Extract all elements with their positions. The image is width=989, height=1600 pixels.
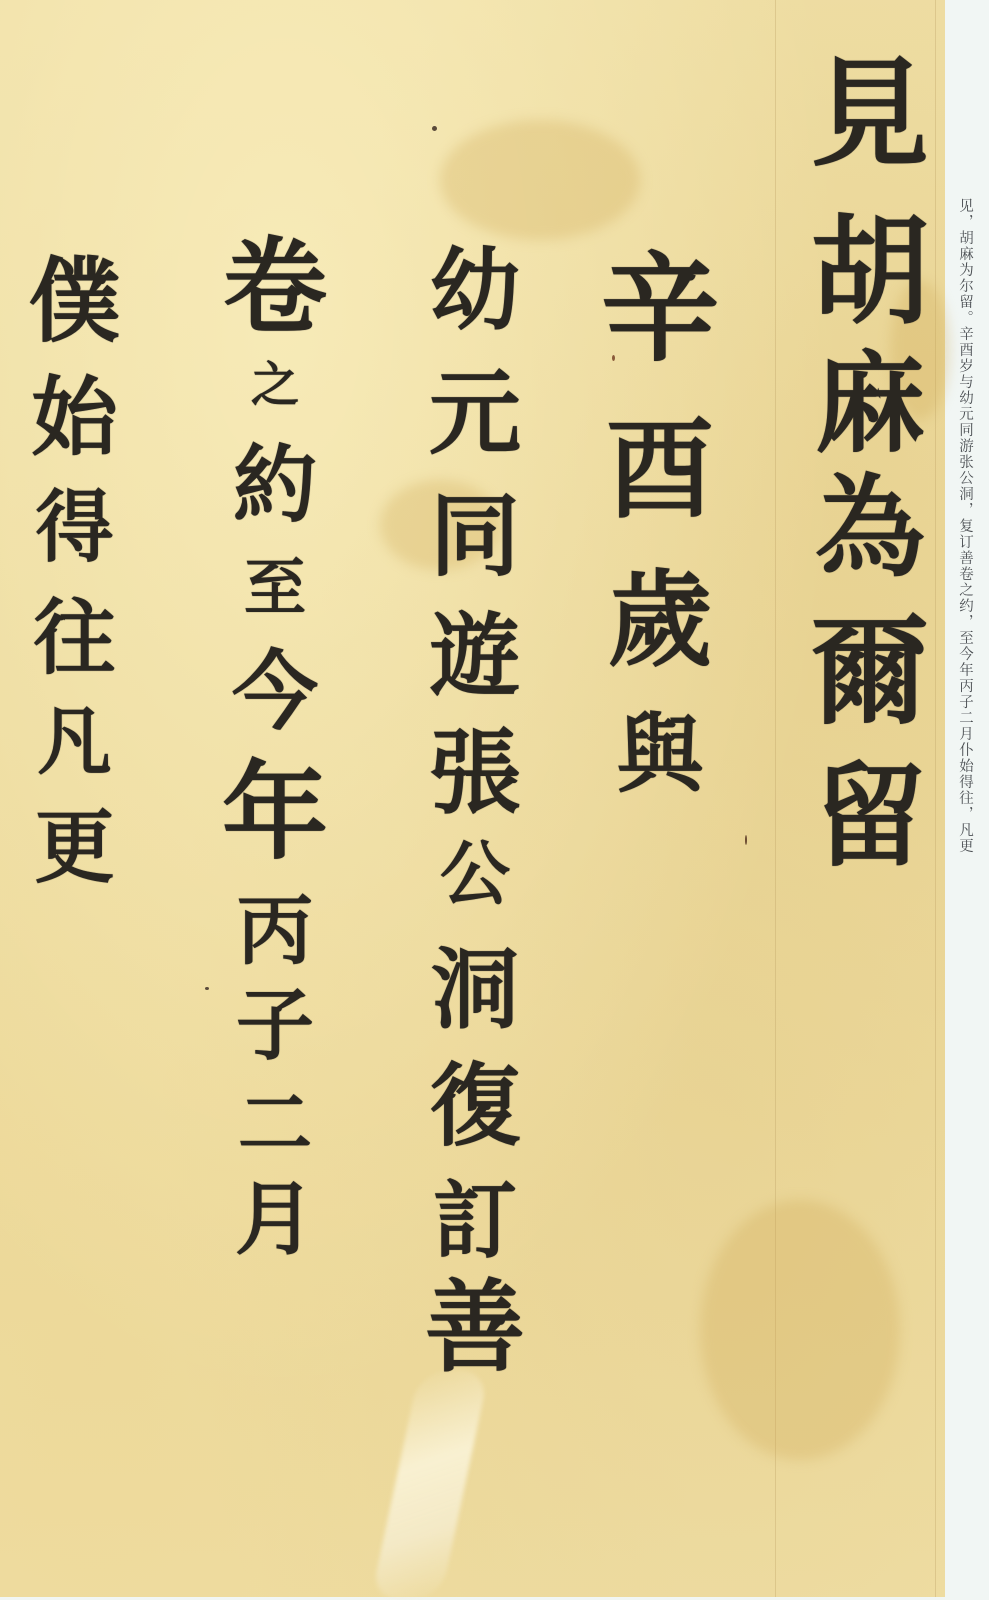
calligraphy-char: 歲 <box>608 568 712 672</box>
ink-speck <box>432 126 437 131</box>
calligraphy-char: 月 <box>235 1179 315 1259</box>
calligraphy-char: 凡 <box>38 705 112 779</box>
calligraphy-char: 二 <box>238 1087 312 1161</box>
calligraphy-char: 始 <box>32 375 118 461</box>
calligraphy-char: 留 <box>814 761 926 873</box>
calligraphy-column-2: 辛 酉 歲 與 <box>590 250 730 798</box>
calligraphy-char: 子 <box>236 987 314 1065</box>
calligraphy-char: 善 <box>425 1277 525 1377</box>
calligraphy-char: 爾 <box>811 613 929 731</box>
calligraphy-column-1: 見 胡 麻 為 爾 留 <box>800 55 940 873</box>
paper-stain <box>440 120 640 240</box>
calligraphy-char: 同 <box>430 491 520 581</box>
calligraphy-char: 復 <box>430 1061 520 1151</box>
calligraphy-char: 胡 <box>811 213 929 331</box>
calligraphy-char: 辛 <box>601 250 719 368</box>
paper-stain <box>700 1200 900 1460</box>
margin-transcription: 见，胡麻为尔留。辛酉岁与幼元同游张公洞，复订善卷之约，至今年丙子二月仆始得往，凡… <box>950 198 980 854</box>
calligraphy-char: 元 <box>429 367 521 459</box>
calligraphy-char: 至 <box>244 557 306 619</box>
calligraphy-char: 今 <box>232 649 318 735</box>
calligraphy-char: 公 <box>440 839 510 909</box>
calligraphy-char: 為 <box>815 473 925 583</box>
calligraphy-char: 遊 <box>430 611 520 701</box>
calligraphy-page: 見 胡 麻 為 爾 留 辛 酉 歲 與 幼 元 同 遊 張 公 洞 復 訂 善 … <box>0 0 989 1600</box>
calligraphy-char: 卷 <box>223 235 327 339</box>
ink-speck <box>745 835 747 845</box>
calligraphy-column-3: 幼 元 同 遊 張 公 洞 復 訂 善 <box>405 245 545 1377</box>
calligraphy-char: 僕 <box>28 255 120 347</box>
calligraphy-char: 酉 <box>606 416 714 524</box>
calligraphy-char: 訂 <box>433 1179 517 1263</box>
calligraphy-char: 見 <box>811 55 929 173</box>
calligraphy-char: 與 <box>617 712 703 798</box>
calligraphy-char: 之 <box>251 361 299 409</box>
calligraphy-char: 洞 <box>431 945 519 1033</box>
calligraphy-char: 得 <box>35 489 113 567</box>
calligraphy-column-5: 僕 始 得 往 凡 更 <box>12 255 137 887</box>
calligraphy-char: 往 <box>33 597 115 679</box>
calligraphy-char: 張 <box>429 727 521 819</box>
calligraphy-char: 約 <box>233 443 317 527</box>
calligraphy-char: 麻 <box>815 349 925 459</box>
calligraphy-char: 更 <box>35 807 115 887</box>
calligraphy-column-4: 卷 之 約 至 今 年 丙 子 二 月 <box>205 235 345 1259</box>
paper-crease <box>371 1370 490 1600</box>
calligraphy-char: 丙 <box>237 893 313 969</box>
calligraphy-char: 年 <box>222 759 328 865</box>
calligraphy-char: 幼 <box>430 245 520 335</box>
